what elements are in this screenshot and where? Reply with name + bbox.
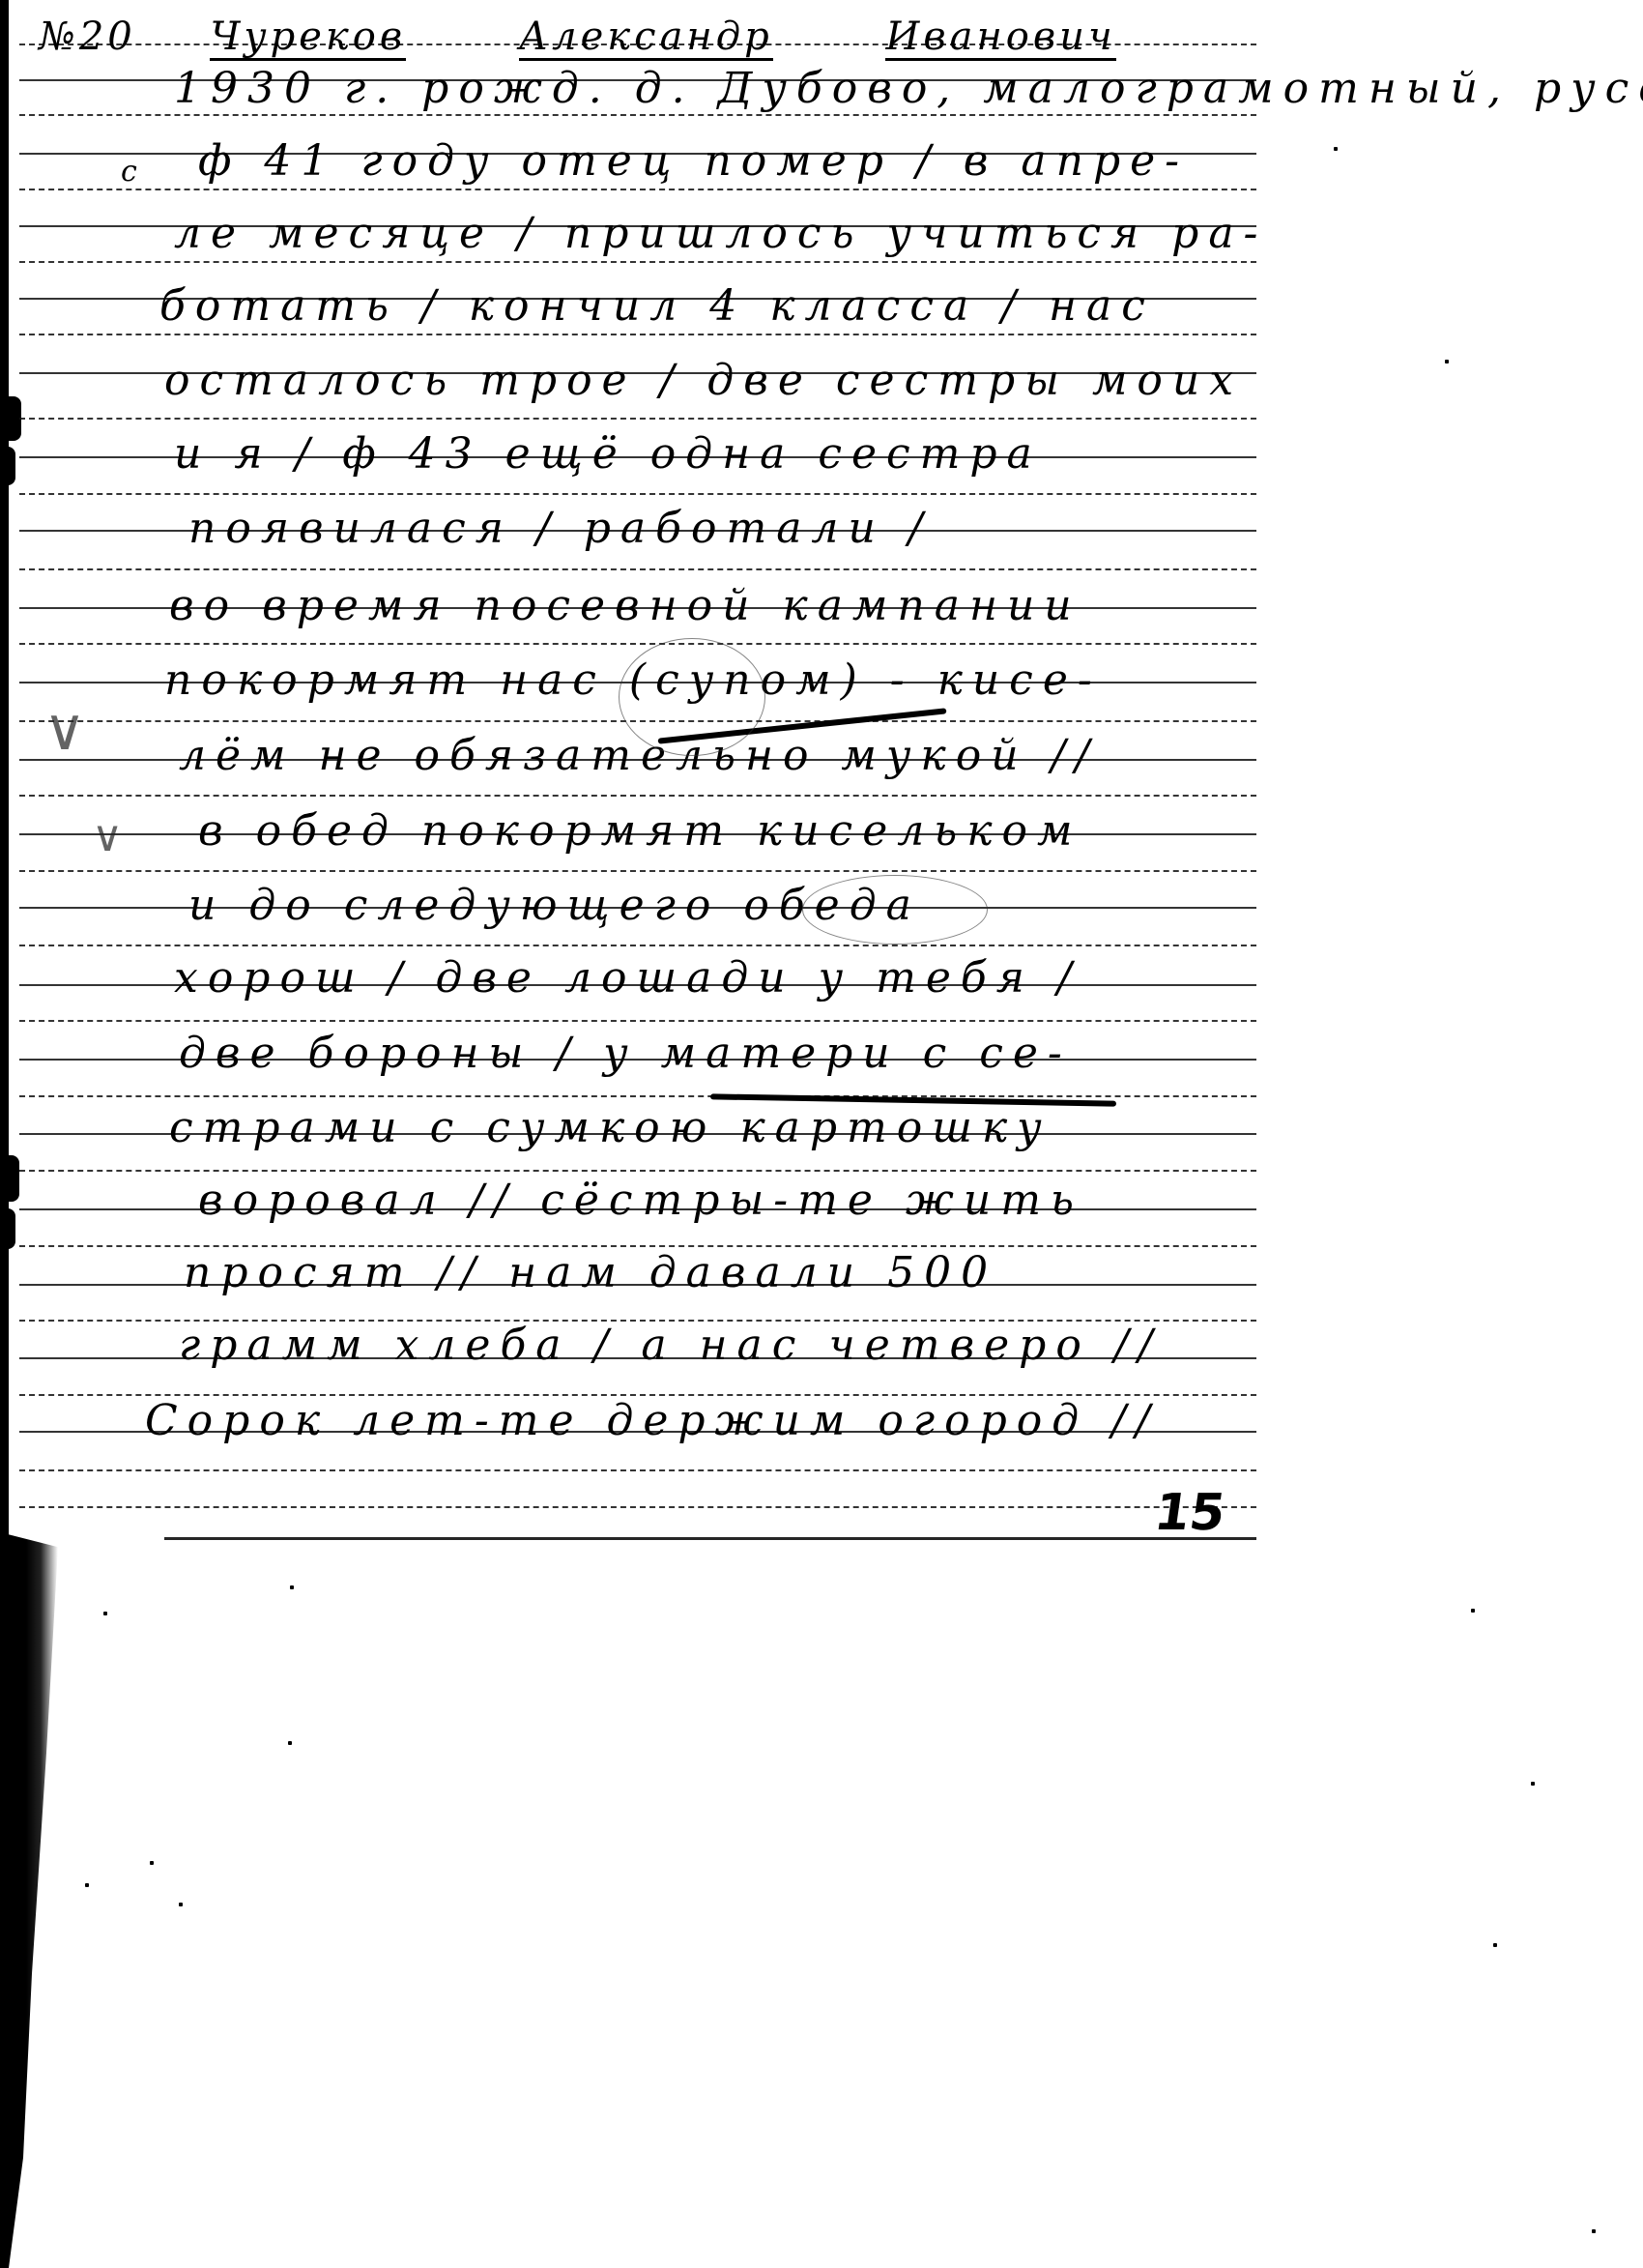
scan-edge-shadow (0, 1532, 58, 2268)
check-mark: ∨ (92, 812, 123, 861)
text-line: ф 41 году отец помер / в апре- (198, 140, 1189, 183)
scan-speck (1334, 147, 1338, 151)
scan-speck (288, 1741, 292, 1745)
text-line: и я / ф 43 ещё одна сестра (174, 433, 1042, 476)
text-line: лём не обязательно мукой // (179, 735, 1099, 777)
record-number: №20 (39, 17, 136, 56)
scan-speck (1592, 2229, 1596, 2233)
margin-mark: с (121, 155, 137, 189)
scan-speck (1445, 360, 1449, 363)
text-line: Сорок лет-те держим огород // (145, 1400, 1160, 1442)
circle-annotation (619, 638, 765, 756)
circle-annotation (802, 875, 988, 945)
scan-speck (290, 1585, 294, 1589)
informant-patronymic: Иванович (885, 17, 1115, 61)
informant-first-name: Александр (519, 17, 773, 61)
text-line: ботать / кончил 4 класса / нас (159, 285, 1155, 328)
page-number: 15 (1151, 1484, 1229, 1542)
scan-speck (85, 1883, 89, 1887)
informant-surname: Чуреков (210, 17, 406, 61)
text-line: воровал // сёстры-те жить (198, 1179, 1083, 1222)
scan-speck (1531, 1782, 1535, 1786)
text-line: во время посевной кампании (169, 585, 1081, 627)
text-line: хорош / две лошади у тебя / (174, 957, 1081, 1000)
text-line: просят // нам давали 500 (184, 1252, 997, 1294)
text-line: страми с сумкою картошку (169, 1107, 1052, 1149)
text-line: две бороны / у матери с се- (179, 1032, 1072, 1075)
scan-speck (1471, 1609, 1475, 1613)
scan-speck (103, 1612, 107, 1615)
check-mark: ∨ (43, 696, 86, 764)
text-line: в обед покормят кисельком (198, 810, 1081, 853)
text-line: ле месяце / пришлось учиться ра- (174, 213, 1267, 255)
text-line: осталось трое / две сестры моих (164, 360, 1243, 402)
scan-speck (179, 1903, 183, 1906)
scanned-page: №20 Чуреков Александр Иванович с 1930 г.… (0, 0, 1643, 2268)
text-line: 1930 г. рожд. д. Дубово, малограмотный, … (174, 68, 1643, 110)
scan-speck (150, 1861, 154, 1865)
scan-speck (1493, 1943, 1497, 1947)
text-line: появилася / работали / (188, 508, 933, 550)
text-line: грамм хлеба / а нас четверо // (179, 1324, 1162, 1367)
record-header: №20 Чуреков Александр Иванович (39, 17, 1174, 61)
